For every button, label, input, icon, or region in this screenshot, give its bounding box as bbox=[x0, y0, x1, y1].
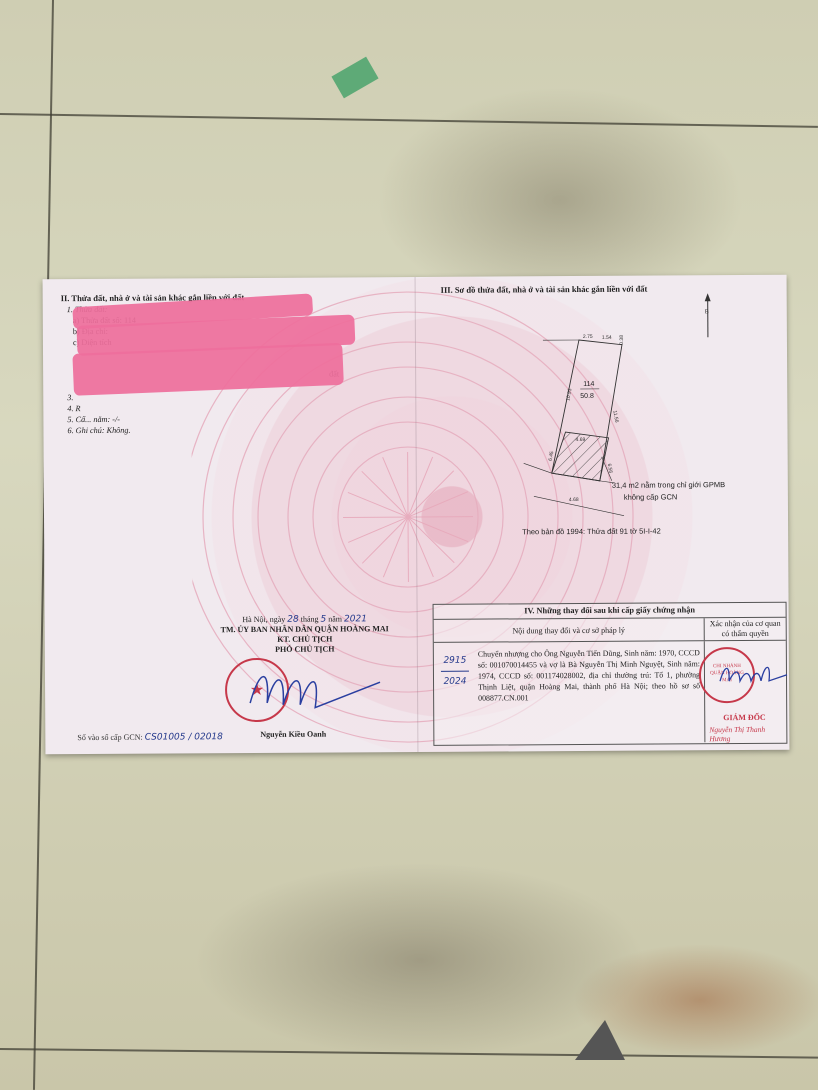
land-certificate: II. Thửa đất, nhà ở và tài sản khác gắn … bbox=[43, 275, 790, 755]
svg-text:4.69: 4.69 bbox=[576, 437, 586, 443]
director-title: GIÁM ĐỐC bbox=[723, 713, 766, 722]
center-fold bbox=[415, 277, 419, 752]
registration-line: Số vào sổ cấp GCN: CS01005 / 02018 bbox=[77, 732, 223, 743]
confirmation-cell: CHI NHÁNH QUẬN HOÀNG MAI GIÁM ĐỐC Nguyễn… bbox=[705, 641, 787, 742]
svg-text:1.54: 1.54 bbox=[602, 335, 612, 341]
signer-name: Nguyễn Kiều Oanh bbox=[260, 730, 326, 739]
director-name: Nguyễn Thị Thanh Hương bbox=[709, 725, 786, 743]
svg-text:10.93: 10.93 bbox=[565, 388, 573, 402]
table-row: 2915 2024 Chuyển nhượng cho Ông Nguyễn T… bbox=[434, 641, 787, 744]
right-page: III. Sơ đồ thửa đất, nhà ở và tài sản kh… bbox=[441, 283, 781, 295]
parcel-number: 114 bbox=[583, 381, 594, 388]
plot-caption: Theo bản đồ 1994: Thửa đất 91 tờ 5I-I-42 bbox=[522, 527, 661, 537]
land-info-item: 6. Ghi chú: Không. bbox=[61, 423, 401, 436]
svg-text:6.56: 6.56 bbox=[606, 463, 614, 474]
svg-text:0.38: 0.38 bbox=[619, 335, 625, 345]
tile-seam bbox=[0, 113, 818, 128]
svg-text:2.75: 2.75 bbox=[583, 334, 593, 340]
parcel-area: 50.8 bbox=[580, 393, 594, 400]
section-iii-title: III. Sơ đồ thửa đất, nhà ở và tài sản kh… bbox=[441, 283, 781, 295]
plot-note: 31,4 m2 nằm trong chỉ giới GPMB không cấ… bbox=[612, 479, 725, 504]
column-header-confirmation: Xác nhận của cơ quan có thẩm quyền bbox=[705, 618, 786, 640]
tile-seam bbox=[0, 1048, 818, 1059]
changes-table: IV. Những thay đổi sau khi cấp giấy chứn… bbox=[433, 602, 788, 746]
floor-chip bbox=[575, 1020, 625, 1060]
entry-content: Chuyển nhượng cho Ông Nguyễn Tiến Dũng, … bbox=[476, 641, 705, 743]
changes-header-row: Nội dung thay đổi và cơ sở pháp lý Xác n… bbox=[434, 618, 786, 643]
role-line-2: PHÓ CHỦ TỊCH bbox=[185, 644, 425, 655]
entry-number: 2915 2024 bbox=[434, 643, 477, 744]
svg-text:4.68: 4.68 bbox=[569, 497, 579, 503]
signature-block: Hà Nội, ngày 28 tháng 5 năm 2021 TM. ỦY … bbox=[185, 614, 425, 655]
director-signature bbox=[715, 659, 790, 689]
sticker-fragment bbox=[331, 57, 378, 99]
column-header-content: Nội dung thay đổi và cơ sở pháp lý bbox=[434, 618, 705, 642]
signature-scribble bbox=[245, 662, 385, 723]
svg-text:11.56: 11.56 bbox=[611, 410, 619, 423]
